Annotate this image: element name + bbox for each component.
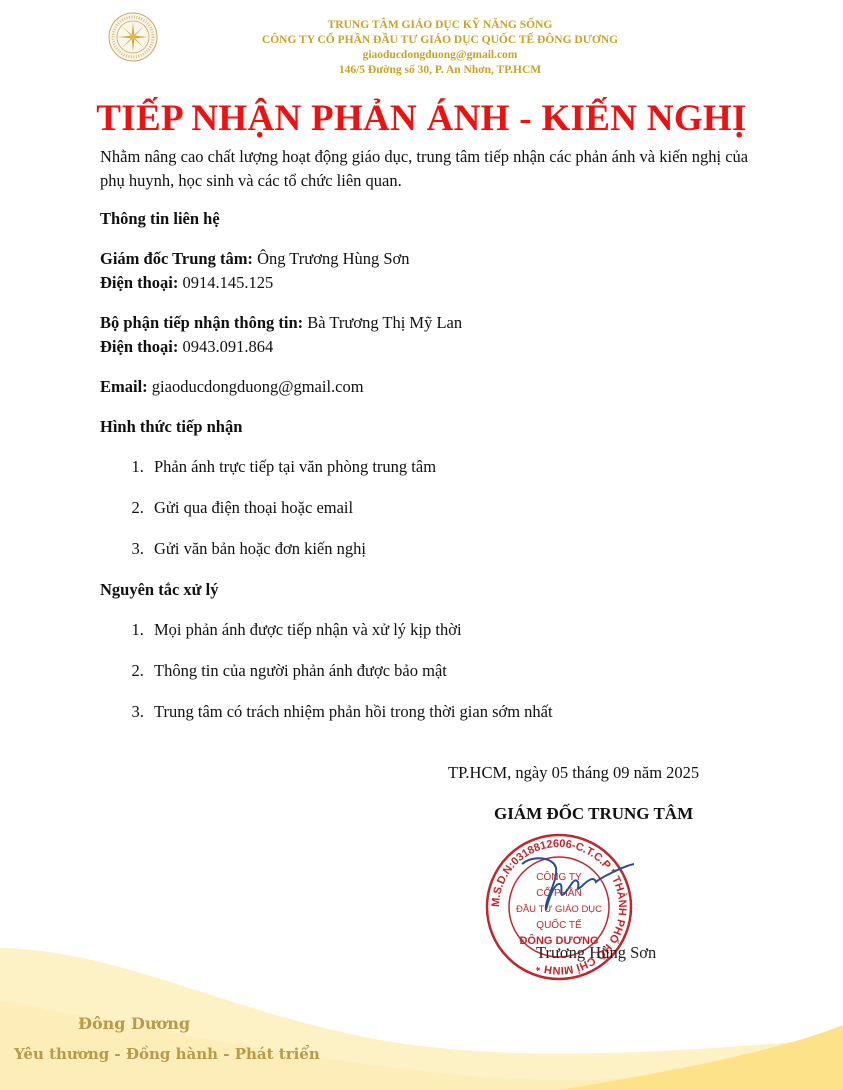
sun-emblem-logo — [108, 12, 158, 62]
principles-list: Mọi phản ánh được tiếp nhận và xử lý kịp… — [100, 618, 750, 724]
letterhead: TRUNG TÂM GIÁO DỤC KỸ NĂNG SỐNG CÔNG TY … — [200, 18, 680, 78]
department-contact: Bà Trương Thị Mỹ Lan — [307, 313, 462, 332]
signatory-title: GIÁM ĐỐC TRUNG TÂM — [494, 804, 693, 824]
director-block: Giám đốc Trung tâm: Ông Trương Hùng Sơn … — [100, 247, 750, 295]
intro-paragraph: Nhằm nâng cao chất lượng hoạt động giáo … — [100, 145, 750, 193]
methods-list: Phản ánh trực tiếp tại văn phòng trung t… — [100, 455, 750, 561]
director-label: Giám đốc Trung tâm: — [100, 249, 253, 268]
header-email: giaoducdongduong@gmail.com — [200, 48, 680, 63]
methods-heading: Hình thức tiếp nhận — [100, 415, 750, 439]
email-label: Email: — [100, 377, 148, 396]
department-phone-label: Điện thoại: — [100, 337, 178, 356]
list-item: Trung tâm có trách nhiệm phản hồi trong … — [148, 700, 750, 724]
list-item: Gửi văn bản hoặc đơn kiến nghị — [148, 537, 750, 561]
email-value: giaoducdongduong@gmail.com — [152, 377, 364, 396]
svg-text:CỔ PHẦN: CỔ PHẦN — [536, 886, 582, 899]
document-body: Nhằm nâng cao chất lượng hoạt động giáo … — [100, 145, 750, 741]
list-item: Thông tin của người phản ánh được bảo mậ… — [148, 659, 750, 683]
list-item: Phản ánh trực tiếp tại văn phòng trung t… — [148, 455, 750, 479]
footer-wave-decoration — [0, 930, 843, 1090]
department-block: Bộ phận tiếp nhận thông tin: Bà Trương T… — [100, 311, 750, 359]
header-address: 146/5 Đường số 30, P. An Nhơn, TP.HCM — [200, 63, 680, 78]
list-item: Mọi phản ánh được tiếp nhận và xử lý kịp… — [148, 618, 750, 642]
center-name: TRUNG TÂM GIÁO DỤC KỸ NĂNG SỐNG — [200, 18, 680, 33]
contact-heading: Thông tin liên hệ — [100, 207, 750, 231]
footer-slogan: Yêu thương - Đồng hành - Phát triển — [14, 1045, 320, 1063]
department-label: Bộ phận tiếp nhận thông tin: — [100, 313, 303, 332]
email-block: Email: giaoducdongduong@gmail.com — [100, 375, 750, 399]
company-name: CÔNG TY CỔ PHẦN ĐẦU TƯ GIÁO DỤC QUỐC TẾ … — [200, 33, 680, 48]
department-phone: 0943.091.864 — [183, 337, 274, 356]
list-item: Gửi qua điện thoại hoặc email — [148, 496, 750, 520]
signing-date: TP.HCM, ngày 05 tháng 09 năm 2025 — [448, 763, 699, 783]
director-phone: 0914.145.125 — [183, 273, 274, 292]
footer-brand: Đông Dương — [78, 1014, 190, 1033]
principles-heading: Nguyên tắc xử lý — [100, 578, 750, 602]
signatory-name: Trương Hùng Sơn — [536, 943, 656, 963]
svg-text:ĐẦU TƯ GIÁO DỤC: ĐẦU TƯ GIÁO DỤC — [516, 904, 602, 915]
svg-text:QUỐC TẾ: QUỐC TẾ — [536, 917, 582, 931]
page-title: TIẾP NHẬN PHẢN ÁNH - KIẾN NGHỊ — [0, 97, 843, 140]
director-phone-label: Điện thoại: — [100, 273, 178, 292]
director-name: Ông Trương Hùng Sơn — [257, 249, 409, 268]
